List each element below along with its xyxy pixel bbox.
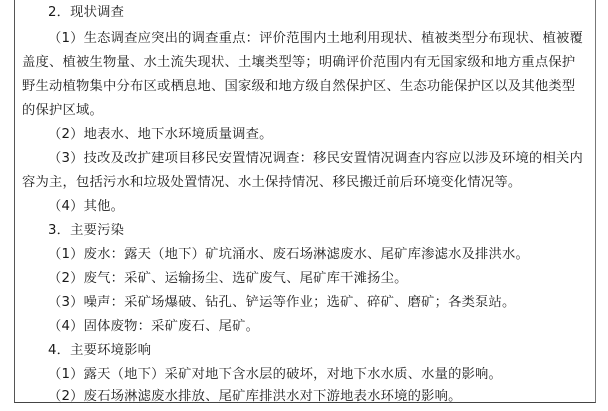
paragraph-line: （1）生态调查应突出的调查重点：评价范围内土地利用现状、植被类型分布现状、植被覆 (48, 30, 583, 48)
paragraph-line: 野生动植物集中分布区或栖息地、国家级和地方级自然保护区、生态功能保护区以及其他类… (22, 78, 575, 96)
list-item: （3）噪声：采矿场爆破、钻孔、铲运等作业；选矿、碎矿、磨矿；各类泵站。 (48, 294, 516, 312)
list-item: （1）废水：露天（地下）矿坑涌水、废石场淋滤废水、尾矿库渗滤水及排洪水。 (48, 246, 529, 264)
paragraph-line: 盖度、植被生物量、水土流失现状、土壤类型等；明确评价范围内有无国家级和地方重点保… (22, 54, 575, 72)
paragraph-line: 的保护区域。 (22, 102, 103, 120)
list-item: （2）废石场淋滤废水排放、尾矿库排洪水对下游地表水环境的影响。 (48, 388, 462, 406)
list-item: （1）露天（地下）采矿对地下含水层的破坏，对地下水水质、水量的影响。 (48, 366, 502, 384)
paragraph-line: （3）技改及改扩建项目移民安置情况调查：移民安置情况调查内容应以涉及环境的相关内 (48, 150, 583, 168)
section-heading-main-pollution: 3．主要污染 (48, 222, 124, 240)
list-item: （4）固体废物：采矿废石、尾矿。 (48, 318, 259, 336)
paragraph-line: 容为主，包括污水和垃圾处置情况、水土保持情况、移民搬迁前后环境变化情况等。 (22, 174, 521, 192)
list-item: （2）废气：采矿、运输扬尘、选矿废气、尾矿库干滩扬尘。 (48, 270, 408, 288)
section-heading-main-impact: 4．主要环境影响 (48, 342, 151, 360)
paragraph-line: （4）其他。 (48, 198, 124, 216)
paragraph-line: （2）地表水、地下水环境质量调查。 (48, 126, 273, 144)
section-heading-status-survey: 2．现状调查 (48, 4, 124, 22)
